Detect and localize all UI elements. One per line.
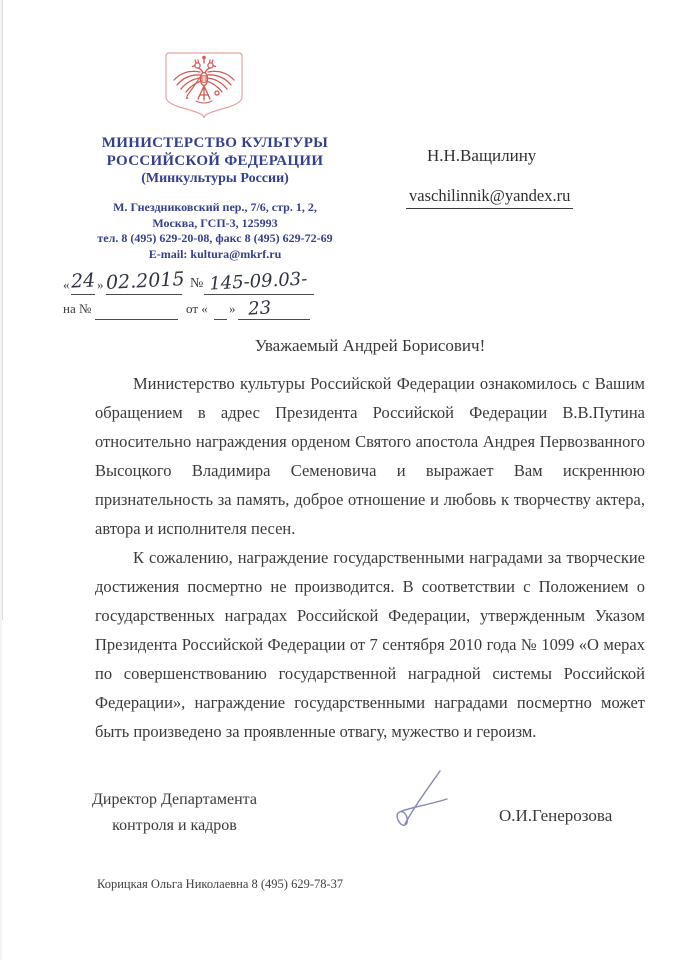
number-sign: №	[190, 276, 203, 292]
reply-date-blank	[238, 297, 310, 320]
reply-na-label: на №	[63, 301, 91, 317]
org-name-line3: (Минкультуры России)	[58, 170, 372, 187]
salutation: Уважаемый Андрей Борисович!	[95, 336, 645, 356]
letterhead-address: М. Гнездниковский пер., 7/6, стр. 1, 2, …	[40, 200, 390, 262]
address-street: М. Гнездниковский пер., 7/6, стр. 1, 2,	[40, 200, 390, 216]
recipient-email: vaschilinnik@yandex.ru	[406, 186, 573, 209]
scan-edge-line	[2, 0, 3, 620]
scanned-letter-page: МИНИСТЕРСТВО КУЛЬТУРЫ РОССИЙСКОЙ ФЕДЕРАЦ…	[0, 0, 681, 960]
date-quote-close: »	[97, 277, 104, 293]
number-field: 145-09.03-23	[204, 268, 314, 295]
letter-body: Министерство культуры Российской Федерац…	[95, 369, 645, 746]
reply-day-blank	[214, 297, 227, 320]
signer-title-line2: контроля и кадров	[92, 813, 257, 839]
address-phone-fax: тел. 8 (495) 629-20-08, факс 8 (495) 629…	[40, 231, 390, 247]
org-name-line2: РОССИЙСКОЙ ФЕДЕРАЦИИ	[58, 152, 372, 170]
reply-number-blank	[95, 297, 178, 320]
signer-title: Директор Департамента контроля и кадров	[92, 787, 257, 839]
reply-quote-close: »	[229, 301, 236, 317]
paragraph-1: Министерство культуры Российской Федерац…	[95, 369, 645, 543]
handwritten-date: 02.2015	[105, 266, 185, 297]
address-city: Москва, ГСП-3, 125993	[40, 216, 390, 232]
date-quote-open: «	[63, 277, 70, 293]
paragraph-2: К сожалению, награждение государственным…	[95, 543, 645, 746]
org-name-line1: МИНИСТЕРСТВО КУЛЬТУРЫ	[58, 134, 372, 152]
signer-title-line1: Директор Департамента	[92, 787, 257, 813]
date-day-field: 24	[71, 268, 95, 295]
russian-coat-of-arms-icon	[160, 50, 248, 118]
handwritten-day: 24	[70, 267, 96, 294]
address-email: E-mail: kultura@mkrf.ru	[40, 247, 390, 263]
reply-ot-label: от «	[186, 301, 208, 317]
recipient-name: Н.Н.Ващилину	[427, 146, 536, 166]
signer-name: О.И.Генерозова	[499, 806, 612, 826]
letterhead-org-name: МИНИСТЕРСТВО КУЛЬТУРЫ РОССИЙСКОЙ ФЕДЕРАЦ…	[58, 134, 372, 187]
handwritten-signature-icon	[383, 764, 449, 830]
executor-contact: Корицкая Ольга Николаевна 8 (495) 629-78…	[97, 877, 343, 892]
date-field: 02.2015	[106, 268, 182, 295]
